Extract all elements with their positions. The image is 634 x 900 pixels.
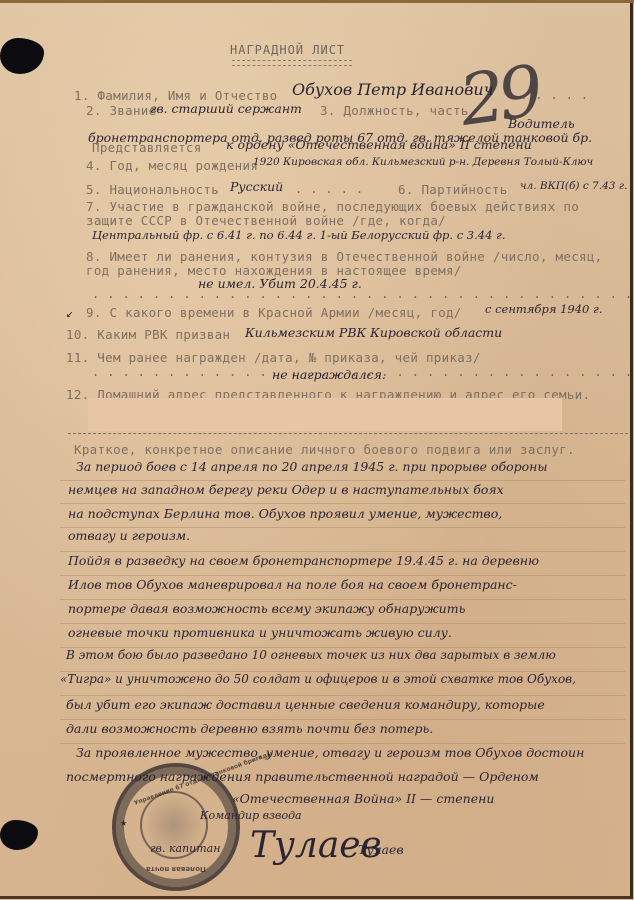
dots: .....: [295, 182, 371, 196]
ruled-line: [60, 695, 625, 696]
narrative-line: В этом бою было разведано 10 огневых точ…: [66, 648, 556, 662]
field-9-value: с сентября 1940 г.: [485, 302, 602, 316]
field-3-label: 3. Должность, часть: [320, 103, 469, 118]
narrative-line: на подступах Берлина тов. Обухов проявил…: [68, 506, 502, 521]
field-11-value: не награждался.: [272, 367, 386, 382]
signature-name: Тулаев: [358, 842, 404, 857]
signature-title-line: Командир взвода: [200, 809, 302, 822]
stamp-bottom-text: Полевая почта: [146, 865, 206, 873]
field-7-label: 7. Участие в гражданской войне, последую…: [86, 200, 606, 228]
field-7-value: Центральный фр. с 6.41 г. по 6.44 г. 1-ы…: [92, 228, 506, 242]
ruled-line: [60, 551, 625, 552]
ruled-line: [60, 599, 625, 600]
field-2-label: 2. Звание: [86, 103, 156, 118]
narrative-line: дали возможность деревню взять почти без…: [66, 721, 433, 736]
signature-rank: гв. капитан: [150, 842, 221, 855]
field-10-value: Кильмезским РВК Кировской области: [245, 325, 502, 340]
narrative-heading: Краткое, конкретное описание личного бое…: [74, 442, 575, 457]
field-5-value: Русский: [230, 179, 283, 194]
narrative-line: Илов тов Обухов маневрировал на поле боя…: [68, 577, 517, 592]
title-underline: [232, 60, 352, 66]
ruled-line: [60, 575, 625, 576]
narrative-line: Пойдя в разведку на своем бронетранспорт…: [68, 553, 539, 568]
field-1-value: Обухов Петр Иванович: [292, 80, 494, 99]
ruled-line: [60, 480, 625, 481]
section-separator: [68, 433, 628, 436]
field-6-value: чл. ВКП(б) с 7.43 г.: [520, 180, 627, 192]
official-stamp: ★ Управление 67 отд. гв. танковой бригад…: [112, 763, 240, 891]
ruled-line: [60, 503, 625, 504]
stamp-star-icon: ★: [120, 815, 127, 829]
paper-top-edge: [0, 0, 634, 3]
field-4-label: 4. Год, месяц рождения: [86, 158, 258, 173]
document-title: НАГРАДНОЙ ЛИСТ: [230, 43, 345, 57]
dots: ........................................…: [92, 287, 634, 301]
pencil-mark: ↙: [66, 306, 73, 320]
field-11-label: 11. Чем ранее награжден /дата, № приказа…: [66, 350, 481, 365]
narrative-line: немцев на западном берегу реки Одер и в …: [68, 482, 504, 497]
field-5-label: 5. Национальность: [86, 182, 219, 197]
narrative-line: «Отечественная Война» II — степени: [232, 791, 494, 806]
narrative-line: отвагу и героизм.: [68, 528, 190, 543]
field-4-value: 1920 Кировская обл. Кильмезский р-н. Дер…: [253, 156, 593, 168]
field-2-value: гв. старший сержант: [150, 101, 302, 116]
field-8-label: 8. Имеет ли ранения, контузия в Отечеств…: [86, 250, 606, 278]
field-10-label: 10. Каким РВК призван: [66, 327, 230, 342]
ruled-line: [60, 743, 625, 744]
field-9-label: 9. С какого времени в Красной Армии /мес…: [86, 305, 462, 320]
narrative-line: «Тигра» и уничтожено до 50 солдат и офиц…: [60, 672, 576, 686]
narrative-line: За проявленное мужество, умение, отвагу …: [76, 745, 584, 760]
narrative-line: За период боев с 14 апреля по 20 апреля …: [76, 459, 548, 474]
redacted-address: [88, 398, 562, 431]
field-award-value: к ордену «Отечественная война» II степен…: [226, 137, 532, 152]
dots: .....: [520, 88, 596, 102]
narrative-line: огневые точки противника и уничтожать жи…: [68, 625, 452, 640]
narrative-line: портере давая возможность всему экипажу …: [68, 601, 465, 616]
narrative-line: был убит его экипаж доставил ценные свед…: [66, 697, 545, 712]
ruled-line: [60, 623, 625, 624]
ruled-line: [60, 719, 625, 720]
field-award-label: Представляется: [92, 140, 202, 155]
field-6-label: 6. Партийность: [398, 182, 508, 197]
